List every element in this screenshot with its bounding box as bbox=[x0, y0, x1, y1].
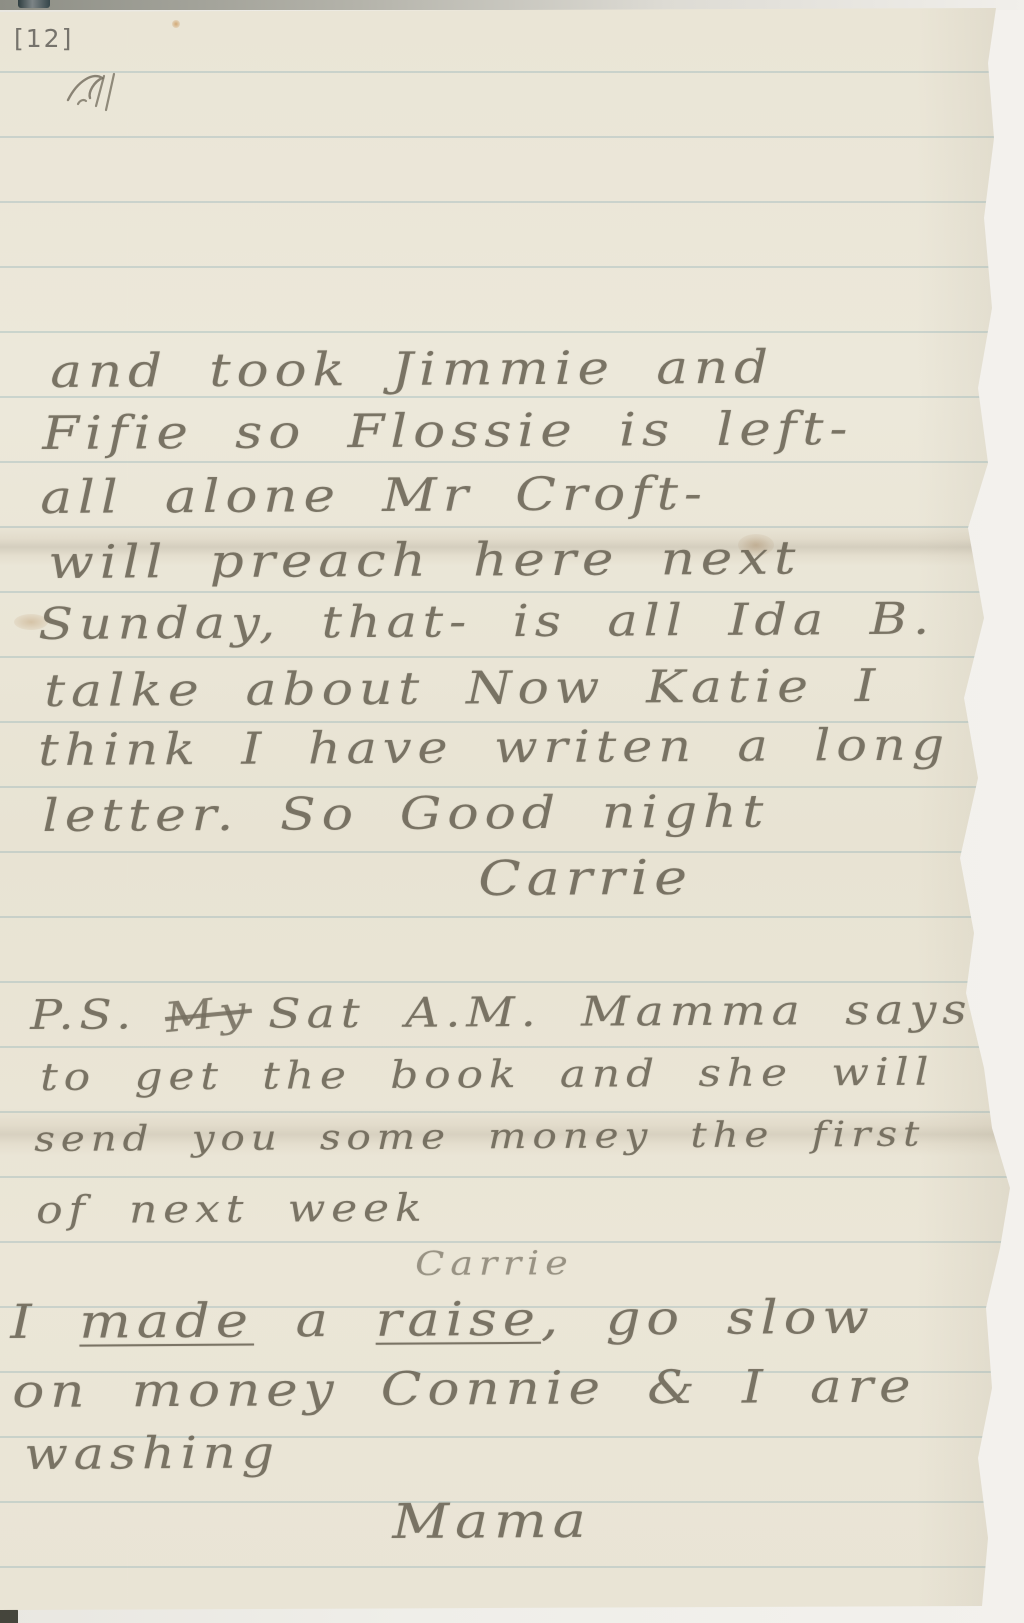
letter-line: and took Jimmie and bbox=[50, 340, 774, 398]
scanner-edge bbox=[0, 0, 1024, 10]
postscript-line: of next week bbox=[36, 1186, 428, 1232]
scanner-clip bbox=[18, 0, 50, 8]
ps-opening-text: Sat A.M. Mamma says bbox=[268, 985, 973, 1037]
mama-note-line: on money Connie & I are bbox=[12, 1359, 917, 1418]
letter-line: Sunday, that- is all Ida B. bbox=[38, 594, 935, 650]
postscript-line: send you some money the first bbox=[34, 1115, 925, 1160]
letter-line: letter. So Good night bbox=[42, 785, 769, 842]
mama-note-underlined-word: made bbox=[79, 1294, 254, 1350]
mama-note-segment: , go slow bbox=[541, 1290, 875, 1347]
mama-note-line: I made a raise, go slow bbox=[10, 1290, 875, 1350]
signature-carrie: Carrie bbox=[478, 850, 693, 907]
mama-note-line: washing bbox=[24, 1427, 280, 1480]
ps-crossed-out-word: My bbox=[162, 986, 255, 1042]
paper-sheet: [12] and took Jimmie and Fifie so Flossi… bbox=[0, 8, 1018, 1612]
mama-note-underlined-word: raise bbox=[375, 1292, 541, 1348]
letter-line: all alone Mr Croft- bbox=[40, 466, 708, 524]
page-number: [12] bbox=[14, 24, 73, 53]
mama-note-segment: a bbox=[254, 1293, 376, 1349]
pencil-scribble bbox=[64, 66, 136, 122]
corner-fragment bbox=[0, 1608, 18, 1623]
postscript-opening-line: P.S.MySat A.M. Mamma says bbox=[30, 985, 973, 1039]
postscript-line: to get the book and she will bbox=[40, 1050, 935, 1099]
ps-label: P.S. bbox=[30, 990, 137, 1039]
letter-line: will preach here next bbox=[48, 530, 801, 589]
mama-note-segment: I bbox=[10, 1295, 79, 1350]
signature-mama: Mama bbox=[392, 1493, 592, 1550]
letter-line: think I have writen a long bbox=[38, 720, 950, 776]
signature-carrie-small: Carrie bbox=[415, 1243, 574, 1283]
letter-line: Fifie so Flossie is left- bbox=[42, 401, 853, 460]
paper-fleck bbox=[172, 20, 180, 28]
letter-line: talke about Now Katie I bbox=[44, 659, 881, 717]
